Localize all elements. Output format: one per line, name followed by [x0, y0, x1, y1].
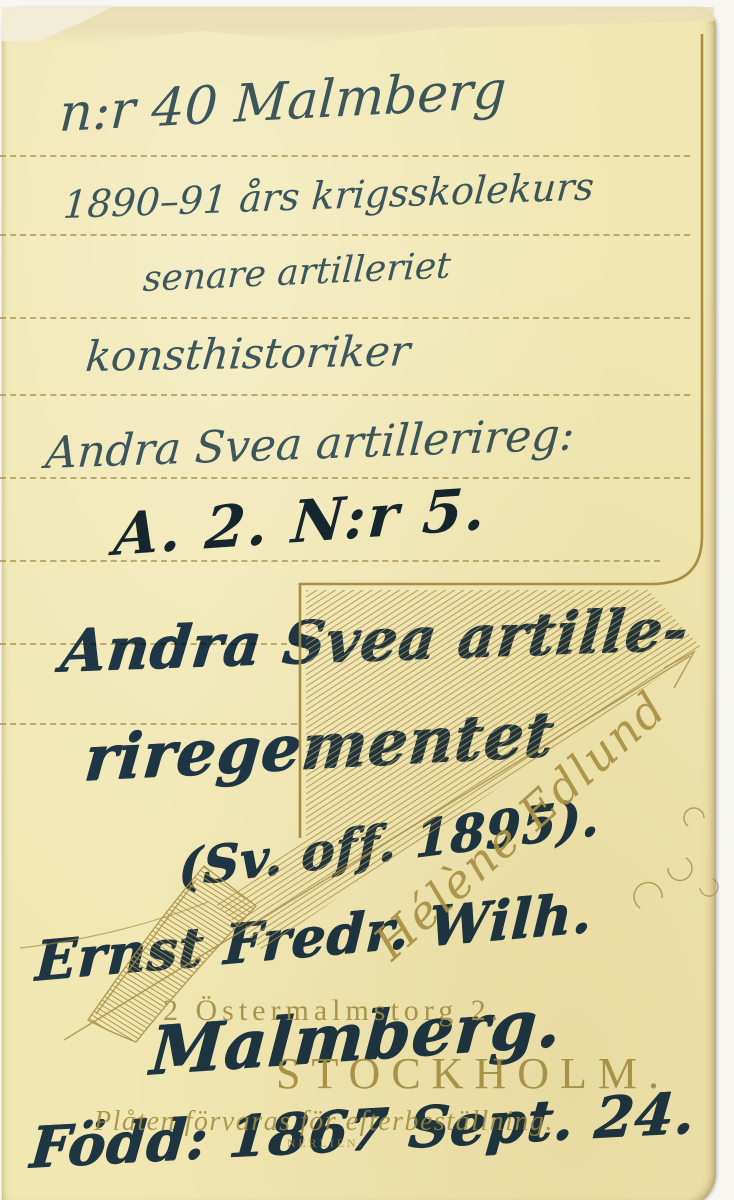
curl-ornament: [634, 883, 662, 908]
curl-ornament: [668, 858, 692, 880]
reorder-notice: Plåten förvaras för efterbeställning.: [94, 1106, 554, 1138]
studio-address: 2 Östermalmstorg 2.: [163, 994, 503, 1028]
printer-mark: NERLIEN.: [287, 1138, 365, 1150]
scanned-card-back: Hélène Edlund 2 Östermalmstorg 2. STOCKH…: [0, 0, 734, 1200]
studio-city: STOCKHOLM.: [276, 1048, 670, 1099]
curl-ornament: [684, 808, 704, 826]
curl-ornament: [700, 879, 718, 896]
